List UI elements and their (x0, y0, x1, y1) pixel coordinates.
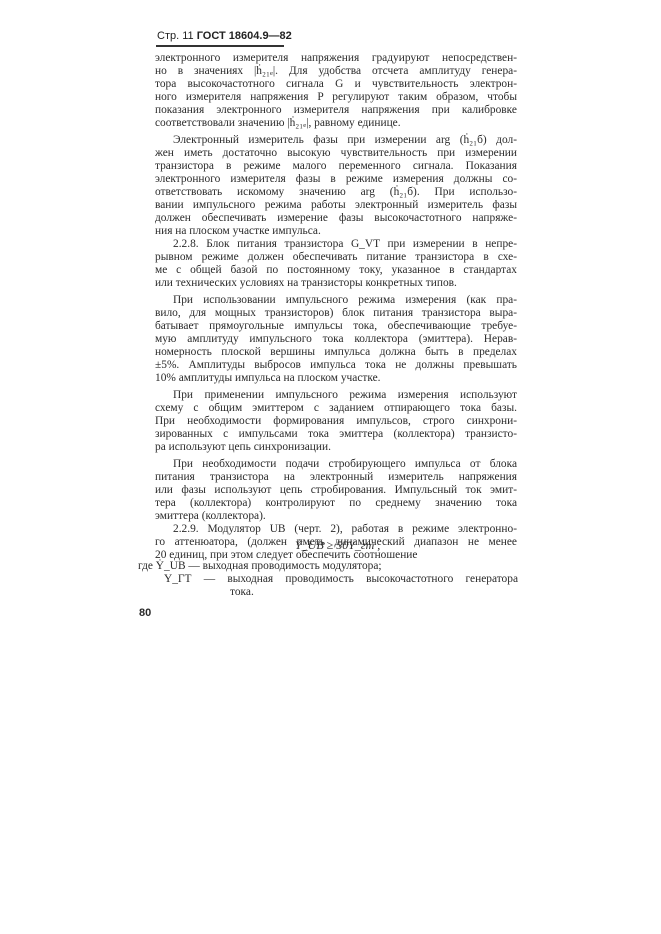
definition-ygt: Y_ГТ — выходная проводимость высокочасто… (138, 573, 518, 586)
text-line: питания транзистора на электронный измер… (155, 471, 517, 484)
section-2-2-8: 2.2.8. Блок питания транзистора G_VT при… (155, 238, 517, 251)
text-line: должен обеспечивать измерение фазы высок… (155, 212, 517, 225)
header-rule (156, 45, 284, 47)
text-line: мую амплитуду импульсного тока коллектор… (155, 333, 517, 346)
text-line: 10% амплитуды импульса на плоском участк… (155, 372, 517, 385)
text-line: соответствовали значению |ḣ₂₁ₑ|, равному… (155, 117, 517, 130)
text-line: или фазы используют цепь стробирования. … (155, 484, 517, 497)
definition-yub: где Ẏ_UB — выходная проводимость модулят… (138, 560, 518, 573)
paragraph: Электронный измеритель фазы при измерени… (155, 134, 517, 238)
standard-number: ГОСТ 18604.9—82 (197, 30, 292, 42)
text-line: номерность плоской вершины импульса долж… (155, 346, 517, 359)
paragraph: электронного измерителя напряжения граду… (155, 52, 517, 130)
text-line: ния на плоском участке импульса. (155, 225, 517, 238)
text-line: показания электронного измерителя напряж… (155, 104, 517, 117)
text-line: но в значениях |ḣ₂₁ₑ|. Для удобства отсч… (155, 65, 517, 78)
text-line: вании импульсного режима работы электрон… (155, 199, 517, 212)
text-line: транзистора в режиме малого переменного … (155, 160, 517, 173)
definition-ygt-cont: тока. (138, 586, 518, 599)
text-line: электронного измерителя фазы в режиме из… (155, 173, 517, 186)
text-line: При необходимости подачи стробирующего и… (155, 458, 517, 471)
text-line: ±5%. Амплитуды выбросов импульса тока не… (155, 359, 517, 372)
text-line: ме с общей базой по постоянному току, ук… (155, 264, 517, 277)
text-line: эмиттера (коллектора). (155, 510, 517, 523)
text-line: тера (коллектора) контролируют по средне… (155, 497, 517, 510)
text-line: схему с общим эмиттером с заданием отпир… (155, 402, 517, 415)
page-number: 80 (139, 607, 151, 619)
text-line: вило, для мощных транзисторов) блок пита… (155, 307, 517, 320)
text-line: зированных с импульсами тока эмиттера (к… (155, 428, 517, 441)
text-line: При применении импульсного режима измере… (155, 389, 517, 402)
formula: Ẏ_UB ≥ 50Y_гт , (295, 538, 380, 553)
text-line: жен иметь достаточно высокую чувствитель… (155, 147, 517, 160)
page-header: Стр. 11 ГОСТ 18604.9—82 (157, 30, 292, 42)
text-line: При необходимости формирования импульсов… (155, 415, 517, 428)
text-line: тора высокочастотного сигнала G и чувств… (155, 78, 517, 91)
text-line: электронного измерителя напряжения граду… (155, 52, 517, 65)
document-body: электронного измерителя напряжения граду… (155, 52, 517, 562)
text-line: ра используют цепь синхронизации. (155, 441, 517, 454)
text-line: ответствовать искомому значению arg (ḣ₂₁… (155, 186, 517, 199)
text-line: рывном режиме должен обеспечивать питани… (155, 251, 517, 264)
text-line: или технических условиях на транзисторы … (155, 277, 517, 290)
paragraph: При использовании импульсного режима изм… (155, 294, 517, 385)
text-line: При использовании импульсного режима изм… (155, 294, 517, 307)
paragraph: При применении импульсного режима измере… (155, 389, 517, 454)
paragraph: 2.2.8. Блок питания транзистора G_VT при… (155, 238, 517, 290)
text-line: батывает прямоугольные импульсы тока, об… (155, 320, 517, 333)
section-2-2-9: 2.2.9. Модулятор UB (черт. 2), работая в… (155, 523, 517, 536)
definitions: где Ẏ_UB — выходная проводимость модулят… (138, 560, 518, 599)
text-line: Электронный измеритель фазы при измерени… (155, 134, 517, 147)
paragraph: При необходимости подачи стробирующего и… (155, 458, 517, 523)
page-label: Стр. 11 (157, 30, 194, 42)
text-line: ного измерителя напряжения P регулируют … (155, 91, 517, 104)
